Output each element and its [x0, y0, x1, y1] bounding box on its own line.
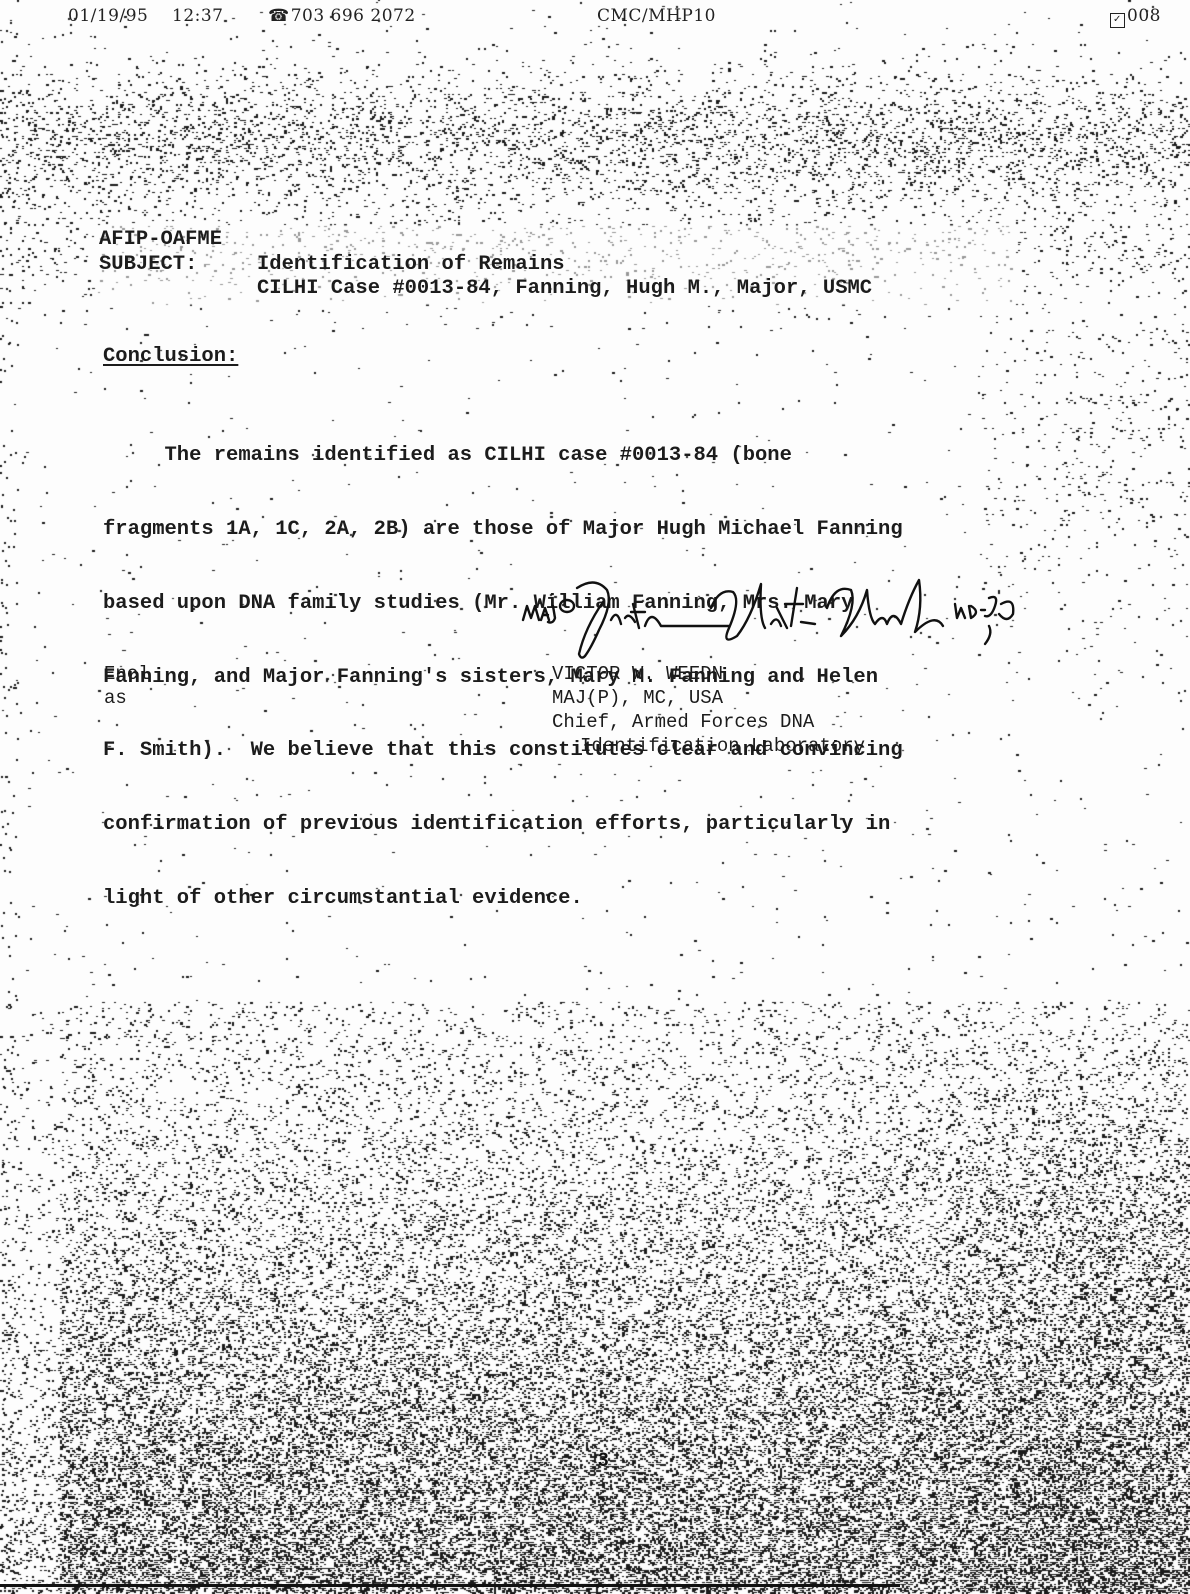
- handwritten-signature: [515, 568, 1095, 668]
- subject-line-1: Identification of Remains: [257, 253, 565, 278]
- paragraph-line: confirmation of previous identification …: [103, 813, 903, 838]
- subject-label: SUBJECT:: [99, 253, 197, 278]
- signer-title-line-2: Identification Laboratory: [580, 734, 865, 758]
- fax-time: 12:37: [172, 6, 224, 26]
- fax-date: 01/19/95: [68, 6, 148, 26]
- paragraph-line: The remains identified as CILHI case #00…: [103, 444, 903, 469]
- signature-icon: [515, 568, 1095, 668]
- fax-page-counter: ✓008: [1110, 6, 1161, 27]
- fax-station-id: CMC/MHP10: [597, 6, 716, 26]
- fax-document-page: 01/19/95 12:37 ☎703 696 2072 CMC/MHP10 ✓…: [0, 0, 1190, 1594]
- office-symbol: AFIP-OAFME: [99, 228, 222, 253]
- paragraph-line: light of other circumstantial evidence.: [103, 887, 903, 912]
- fax-phone-number: 703 696 2072: [291, 6, 416, 26]
- enclosure-sub: as: [104, 686, 127, 710]
- enclosure-label: Encl: [104, 662, 150, 686]
- conclusion-heading: Conclusion:: [103, 345, 238, 370]
- signer-title-line-1: Chief, Armed Forces DNA: [552, 710, 814, 734]
- fax-page-number: 008: [1127, 6, 1161, 26]
- fax-page-icon: ✓: [1110, 13, 1125, 28]
- paragraph-line: Fanning, and Major Fanning's sisters, Ma…: [103, 666, 903, 691]
- telephone-icon: ☎: [268, 6, 290, 26]
- paragraph-line: fragments 1A, 1C, 2A, 2B) are those of M…: [103, 518, 903, 543]
- fax-phone: ☎703 696 2072: [268, 6, 416, 26]
- signer-name: VICTOR W. WEEDN: [552, 662, 723, 686]
- bottom-edge-rule: [0, 1584, 900, 1587]
- page-number: 3: [598, 1450, 609, 1472]
- conclusion-paragraph: The remains identified as CILHI case #00…: [103, 395, 903, 961]
- signer-rank: MAJ(P), MC, USA: [552, 686, 723, 710]
- subject-line-2: CILHI Case #0013-84, Fanning, Hugh M., M…: [257, 277, 872, 302]
